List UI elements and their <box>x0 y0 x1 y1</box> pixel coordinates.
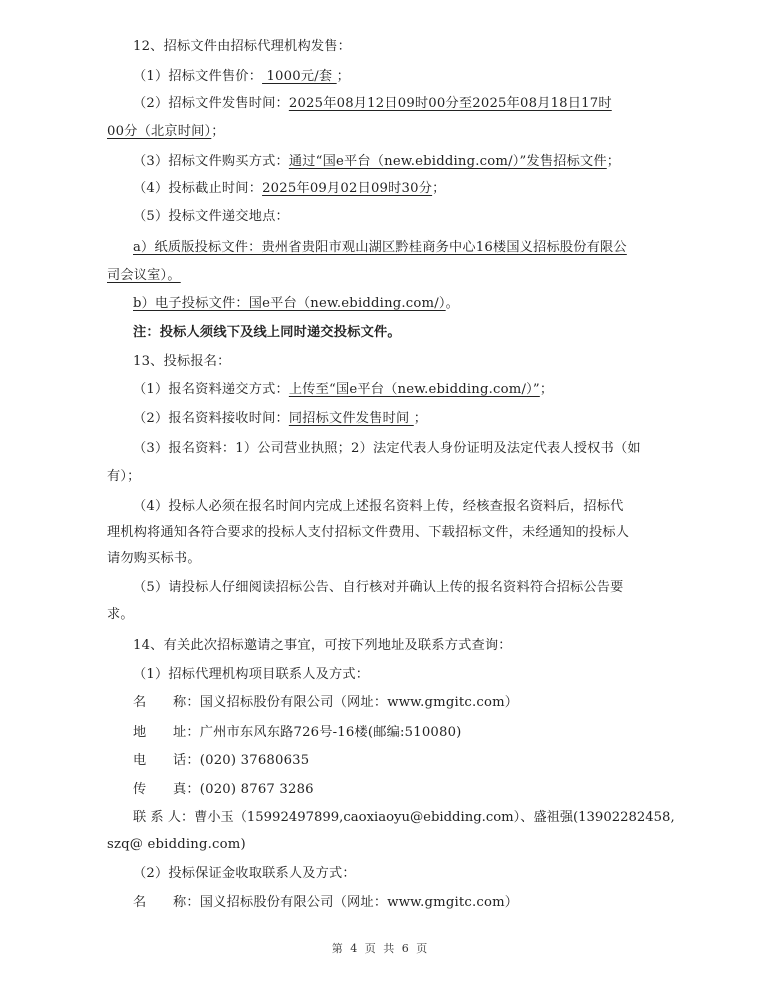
s13-item4-line2: 理机构将通知各符合要求的投标人支付招标文件费用、下载招标文件，未经通知的投标人 <box>107 519 653 547</box>
punct: ； <box>414 411 427 426</box>
s13-item3-line2: 有）； <box>107 463 653 491</box>
punct: ； <box>337 69 350 84</box>
agency-name-value: 国义招标股份有限公司（网址：www.gmgitc.com） <box>200 695 518 710</box>
submission-method-value: 上传至“国e平台（new.ebidding.com/）” <box>289 382 540 397</box>
fax-value: (020) 8767 3286 <box>200 782 314 797</box>
contact2-name-row: 名称：国义招标股份有限公司（网址：www.gmgitc.com） <box>133 889 653 917</box>
agency-name-value: 国义招标股份有限公司（网址：www.gmgitc.com） <box>200 895 518 910</box>
s13-item4-line3: 请勿购买标书。 <box>107 545 653 573</box>
section-12-heading: 12、招标文件由招标代理机构发售： <box>133 33 653 61</box>
s14-sub2: （2）投标保证金收取联系人及方式： <box>133 860 653 888</box>
contact1-name-row: 名称：国义招标股份有限公司（网址：www.gmgitc.com） <box>133 689 653 717</box>
paper-submission-address: a）纸质版投标文件：贵州省贵阳市观山湖区黔桂商务中心16楼国义招标股份有限公 <box>133 240 627 255</box>
punct: ； <box>607 154 620 169</box>
price-value: 1000元/套 <box>262 69 337 84</box>
subheading-text: （1）招标代理机构项目联系人及方式： <box>133 667 369 682</box>
paragraph-text: 请勿购买标书。 <box>107 551 201 566</box>
subheading-text: （2）投标保证金收取联系人及方式： <box>133 866 356 881</box>
contact1-address-row: 地址：广州市东风东路726号-16楼(邮编:510080) <box>133 719 653 747</box>
label-part: 地 <box>133 719 173 747</box>
label-part: 称： <box>173 895 200 910</box>
paragraph-text: 求。 <box>107 607 134 622</box>
s12-item5b: b）电子投标文件：国e平台（new.ebidding.com/）。 <box>133 290 653 318</box>
label-part: 名 <box>133 689 173 717</box>
punct: ； <box>540 382 553 397</box>
s12-item4: （4）投标截止时间：2025年09月02日09时30分； <box>133 175 653 203</box>
paragraph-text: （3）报名资料：1）公司营业执照；2）法定代表人身份证明及法定代表人授权书（如 <box>133 441 641 456</box>
s13-item3-line1: （3）报名资料：1）公司营业执照；2）法定代表人身份证明及法定代表人授权书（如 <box>133 435 653 463</box>
s12-item2-line1: （2）招标文件发售时间：2025年08月12日09时00分至2025年08月18… <box>133 90 653 118</box>
paragraph-text: 理机构将通知各符合要求的投标人支付招标文件费用、下载招标文件，未经通知的投标人 <box>107 525 629 540</box>
heading-text: 14、有关此次招标邀请之事宜，可按下列地址及联系方式查询： <box>133 638 512 653</box>
punct: 。 <box>446 296 459 311</box>
punct: ； <box>211 124 224 139</box>
item-label: （1）报名资料递交方式： <box>133 382 289 397</box>
contact-persons-value: 曹小玉（15992497899,caoxiaoyu@ebidding.com）、… <box>194 810 675 825</box>
s14-sub1: （1）招标代理机构项目联系人及方式： <box>133 661 653 689</box>
heading-text: 13、投标报名： <box>133 354 231 369</box>
s12-item5a-line1: a）纸质版投标文件：贵州省贵阳市观山湖区黔桂商务中心16楼国义招标股份有限公 <box>133 234 653 262</box>
item-label: （2）报名资料接收时间： <box>133 411 289 426</box>
phone-value: (020) 37680635 <box>200 753 310 768</box>
heading-text: 12、招标文件由招标代理机构发售： <box>133 39 351 54</box>
deadline-value: 2025年09月02日09时30分 <box>262 181 432 196</box>
s13-item1: （1）报名资料递交方式：上传至“国e平台（new.ebidding.com/）”… <box>133 376 653 404</box>
s13-item2: （2）报名资料接收时间：同招标文件发售时间 ； <box>133 405 653 433</box>
s12-item5: （5）投标文件递交地点： <box>133 203 653 231</box>
paragraph-text: （5）请投标人仔细阅读招标公告、自行核对并确认上传的报名资料符合招标公告要 <box>133 580 624 595</box>
item-label: （1）招标文件售价： <box>133 69 262 84</box>
label-part: 话： <box>173 753 200 768</box>
s12-item2-line2: 00分（北京时间）； <box>107 118 653 146</box>
paragraph-text: 有）； <box>107 469 141 484</box>
label-part: 联 系 人： <box>133 810 194 825</box>
address-value: 广州市东风东路726号-16楼(邮编:510080) <box>200 725 462 740</box>
punct: ； <box>432 181 445 196</box>
s13-item5-line1: （5）请投标人仔细阅读招标公告、自行核对并确认上传的报名资料符合招标公告要 <box>133 574 653 602</box>
sale-time-value: 2025年08月12日09时00分至2025年08月18日17时 <box>289 96 612 111</box>
item-label: （5）投标文件递交地点： <box>133 209 289 224</box>
page-footer: 第 4 页 共 6 页 <box>0 940 761 956</box>
electronic-submission: b）电子投标文件：国e平台（new.ebidding.com/） <box>133 296 446 311</box>
label-part: 电 <box>133 747 173 775</box>
label-part: 传 <box>133 776 173 804</box>
receive-time-value: 同招标文件发售时间 <box>289 411 414 426</box>
page-number: 第 4 页 共 6 页 <box>332 942 429 955</box>
contact-persons-value-cont: szq@ ebidding.com) <box>107 837 246 852</box>
contact1-person-row-cont: szq@ ebidding.com) <box>107 831 653 859</box>
note-text: 注：投标人须线下及线上同时递交投标文件。 <box>133 325 401 340</box>
label-part: 名 <box>133 889 173 917</box>
section-14-heading: 14、有关此次招标邀请之事宜，可按下列地址及联系方式查询： <box>133 632 653 660</box>
s12-note: 注：投标人须线下及线上同时递交投标文件。 <box>133 319 653 347</box>
item-label: （4）投标截止时间： <box>133 181 262 196</box>
label-part: 址： <box>173 725 200 740</box>
s13-item5-line2: 求。 <box>107 601 653 629</box>
item-label: （3）招标文件购买方式： <box>133 154 289 169</box>
document-page: 12、招标文件由招标代理机构发售： （1）招标文件售价： 1000元/套 ； （… <box>0 0 761 1000</box>
s12-item5a-line2: 司会议室）。 <box>107 262 653 290</box>
purchase-method-value: 通过“国e平台（new.ebidding.com/）”发售招标文件 <box>289 154 607 169</box>
contact1-phone-row: 电话：(020) 37680635 <box>133 747 653 775</box>
label-part: 称： <box>173 695 200 710</box>
paragraph-text: （4）投标人必须在报名时间内完成上述报名资料上传，经核查报名资料后，招标代 <box>133 499 624 514</box>
contact1-fax-row: 传真：(020) 8767 3286 <box>133 776 653 804</box>
item-label: （2）招标文件发售时间： <box>133 96 289 111</box>
s12-item1: （1）招标文件售价： 1000元/套 ； <box>133 63 653 91</box>
label-part: 真： <box>173 782 200 797</box>
sale-time-value-cont: 00分（北京时间） <box>107 124 211 139</box>
s12-item3: （3）招标文件购买方式：通过“国e平台（new.ebidding.com/）”发… <box>133 148 653 176</box>
s13-item4-line1: （4）投标人必须在报名时间内完成上述报名资料上传，经核查报名资料后，招标代 <box>133 493 653 521</box>
paper-submission-address-cont: 司会议室）。 <box>107 268 181 283</box>
contact1-person-row: 联 系 人：曹小玉（15992497899,caoxiaoyu@ebidding… <box>133 804 653 832</box>
section-13-heading: 13、投标报名： <box>133 348 653 376</box>
